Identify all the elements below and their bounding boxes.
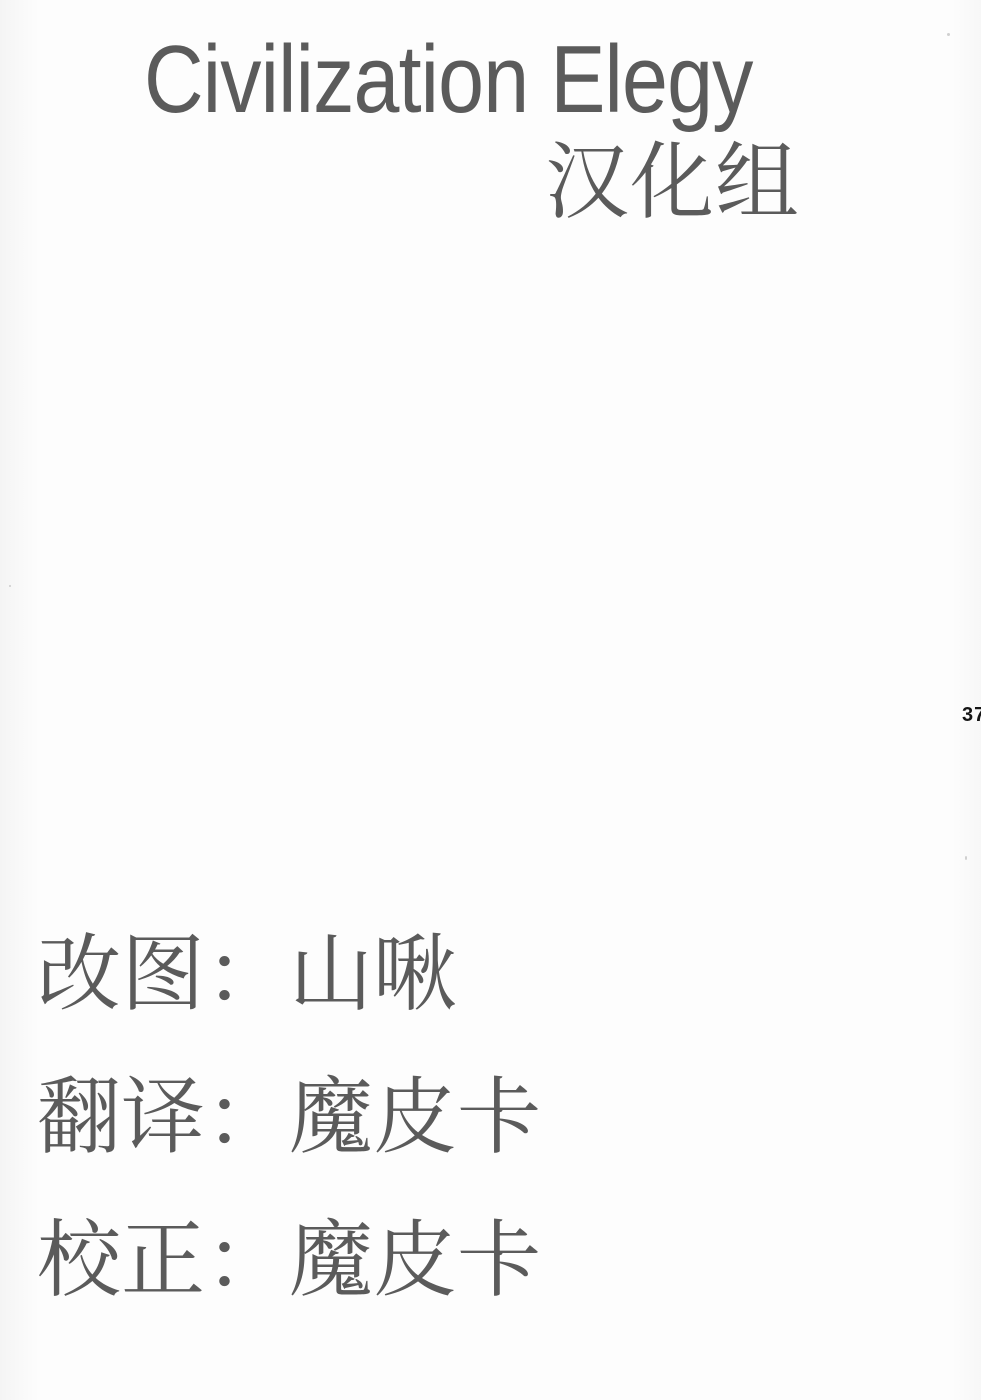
credit-role: 改图 (37, 927, 205, 1021)
credit-name: 山啾 (289, 927, 457, 1021)
credit-line-retouch: 改图：山啾 (37, 928, 457, 1020)
page-number: 37 (962, 705, 981, 725)
scanlation-group-name-english: Civilization Elegy (144, 32, 753, 128)
scanned-credits-page: Civilization Elegy 汉化组 37 改图：山啾 翻译：魔皮卡 校… (0, 0, 981, 1400)
scan-dust-speck (947, 33, 950, 36)
credit-line-proofreading: 校正：魔皮卡 (37, 1214, 541, 1306)
scan-dust-speck (965, 856, 967, 860)
credit-colon: ： (205, 1213, 289, 1307)
credit-colon: ： (205, 1070, 289, 1164)
credit-colon: ： (205, 927, 289, 1021)
scan-dust-speck (9, 585, 11, 587)
credit-role: 校正 (37, 1213, 205, 1307)
credit-name: 魔皮卡 (289, 1070, 541, 1164)
scanlation-group-name-chinese: 汉化组 (545, 140, 800, 224)
credit-name: 魔皮卡 (289, 1213, 541, 1307)
credit-role: 翻译 (37, 1070, 205, 1164)
credit-line-translation: 翻译：魔皮卡 (37, 1071, 541, 1163)
